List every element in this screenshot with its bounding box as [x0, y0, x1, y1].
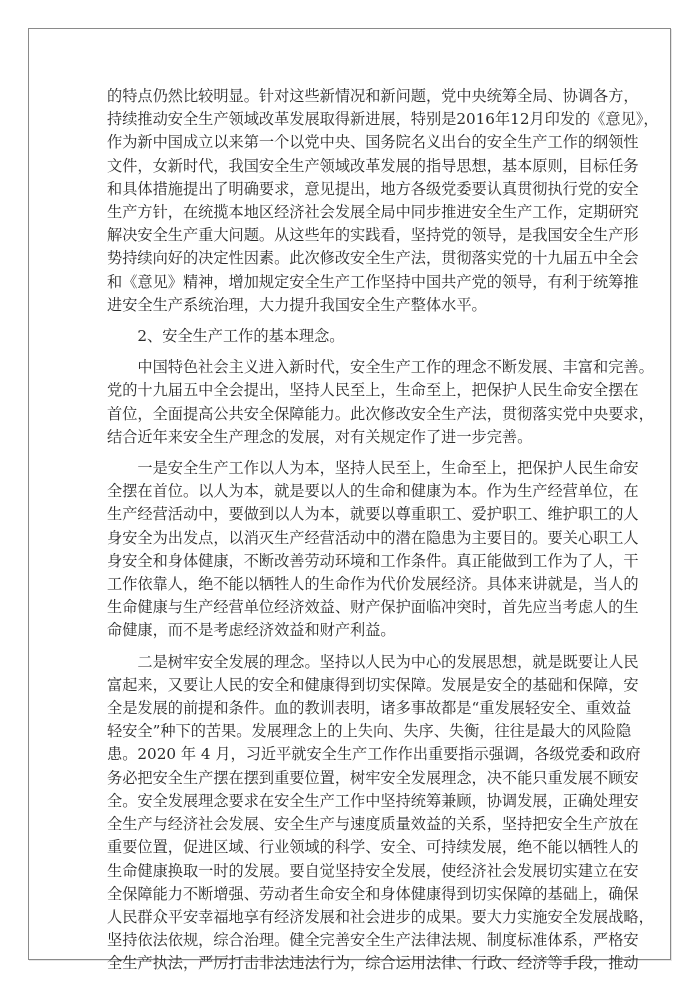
text-line: 文件，女新时代，我国安全生产领域改革发展的指导思想，基本原则，目标任务 [107, 155, 603, 178]
section-heading-basic-concepts: 2、安全生产工作的基本理念。 [107, 325, 603, 348]
text-line: 富起来，又要让人民的安全和健康得到切实保障。发展是安全的基础和保障，安 [107, 674, 603, 697]
text-line: 的特点仍然比较明显。针对这些新情况和新问题，党中央统筹全局、协调各方， [107, 85, 603, 108]
text-line: 命健康，而不是考虑经济效益和财产利益。 [107, 619, 603, 642]
text-line: 全保障能力不断增强、劳动者生命安全和身体健康得到切实保障的基础上，确保 [107, 883, 603, 906]
text-line: 全摆在首位。以人为本，就是要以人的生命和健康为本。作为生产经营单位，在 [107, 480, 603, 503]
text-line: 结合近年来安全生产理念的发展，对有关规定作了进一步完善。 [107, 426, 603, 449]
text-line: 全是发展的前提和条件。血的教训表明，诸多事故都是“重发展轻安全、重效益 [107, 697, 603, 720]
text-line: 生产经营活动中，要做到以人为本，就要以尊重职工、爱护职工、维护职工的人 [107, 503, 603, 526]
text-line: 进安全生产系统治理，大力提升我国安全生产整体水平。 [107, 294, 603, 317]
paragraph-safe-development: 二是树牢安全发展的理念。坚持以人民为中心的发展思想，就是既要让人民 富起来，又要… [107, 651, 603, 976]
text-line: 和《意见》精神，增加规定安全生产工作坚持中国共产党的领导，有利于统筹推 [107, 271, 603, 294]
text-line: 二是树牢安全发展的理念。坚持以人民为中心的发展思想，就是既要让人民 [107, 651, 603, 674]
text-line: 生产方针，在统揽本地区经济社会发展全局中同步推进安全生产工作，定期研究 [107, 201, 603, 224]
text-line: 务必把安全生产摆在摆到重要位置，树牢安全发展理念，决不能只重发展不顾安 [107, 767, 603, 790]
text-line: 全生产执法，严厉打击非法违法行为，综合运用法律、行政、经济等手段，推动 [107, 952, 603, 975]
text-line: 工作依靠人，绝不能以牺牲人的生命作为代价发展经济。具体来讲就是，当人的 [107, 573, 603, 596]
text-line: 党的十九届五中全会提出，坚持人民至上，生命至上，把保护人民生命安全摆在 [107, 379, 603, 402]
text-line: 轻安全”种下的苦果。发展理念上的上失向、失序、失衡，往往是最大的风险隐 [107, 720, 603, 743]
text-line: 中国特色社会主义进入新时代，安全生产工作的理念不断发展、丰富和完善。 [107, 356, 603, 379]
text-line: 患。2020 年 4 月，习近平就安全生产工作作出重要指示强调，各级党委和政府 [107, 743, 603, 766]
text-line: 坚持依法依规，综合治理。健全完善安全生产法律法规、制度标准体系，严格安 [107, 929, 603, 952]
heading-text: 2、安全生产工作的基本理念。 [107, 325, 603, 348]
text-line: 重要位置，促进区域、行业领域的科学、安全、可持续发展，绝不能以牺牲人的 [107, 836, 603, 859]
paragraph-party-leadership: 的特点仍然比较明显。针对这些新情况和新问题，党中央统筹全局、协调各方， 持续推动… [107, 85, 603, 317]
paragraph-people-oriented: 一是安全生产工作以人为本，坚持人民至上，生命至上，把保护人民生命安 全摆在首位。… [107, 457, 603, 643]
text-line: 首位，全面提高公共安全保障能力。此次修改安全生产法，贯彻落实党中央要求， [107, 403, 603, 426]
text-line: 身安全和身体健康，不断改善劳动环境和工作条件。真正能做到工作为了人，干 [107, 550, 603, 573]
text-line: 生命健康换取一时的发展。要自觉坚持安全发展，使经济社会发展切实建立在安 [107, 860, 603, 883]
text-line: 作为新中国成立以来第一个以党中央、国务院名义出台的安全生产工作的纲领性 [107, 131, 603, 154]
text-line: 全生产与经济社会发展、安全生产与速度质量效益的关系，坚持把安全生产放在 [107, 813, 603, 836]
text-line: 人民群众平安幸福地享有经济发展和社会进步的成果。要大力实施安全发展战略， [107, 906, 603, 929]
text-line: 生命健康与生产经营单位经济效益、财产保护面临冲突时，首先应当考虑人的生 [107, 596, 603, 619]
text-line: 势持续向好的决定性因素。此次修改安全生产法，贯彻落实党的十九届五中全会 [107, 247, 603, 270]
text-line: 和具体措施提出了明确要求，意见提出，地方各级党委要认真贯彻执行党的安全 [107, 178, 603, 201]
paragraph-new-era: 中国特色社会主义进入新时代，安全生产工作的理念不断发展、丰富和完善。 党的十九届… [107, 356, 603, 449]
text-line: 持续推动安全生产领域改革发展取得新进展，特别是2016年12月印发的《意见》， [107, 108, 603, 131]
document-body: 的特点仍然比较明显。针对这些新情况和新问题，党中央统筹全局、协调各方， 持续推动… [107, 85, 603, 984]
text-line: 全。安全发展理念要求在安全生产工作中坚持统筹兼顾，协调发展，正确处理安 [107, 790, 603, 813]
text-line: 一是安全生产工作以人为本，坚持人民至上，生命至上，把保护人民生命安 [107, 457, 603, 480]
text-line: 身安全为出发点，以消灭生产经营活动中的潜在隐患为主要目的。要关心职工人 [107, 527, 603, 550]
text-line: 解决安全生产重大问题。从这些年的实践看，坚持党的领导，是我国安全生产形 [107, 224, 603, 247]
